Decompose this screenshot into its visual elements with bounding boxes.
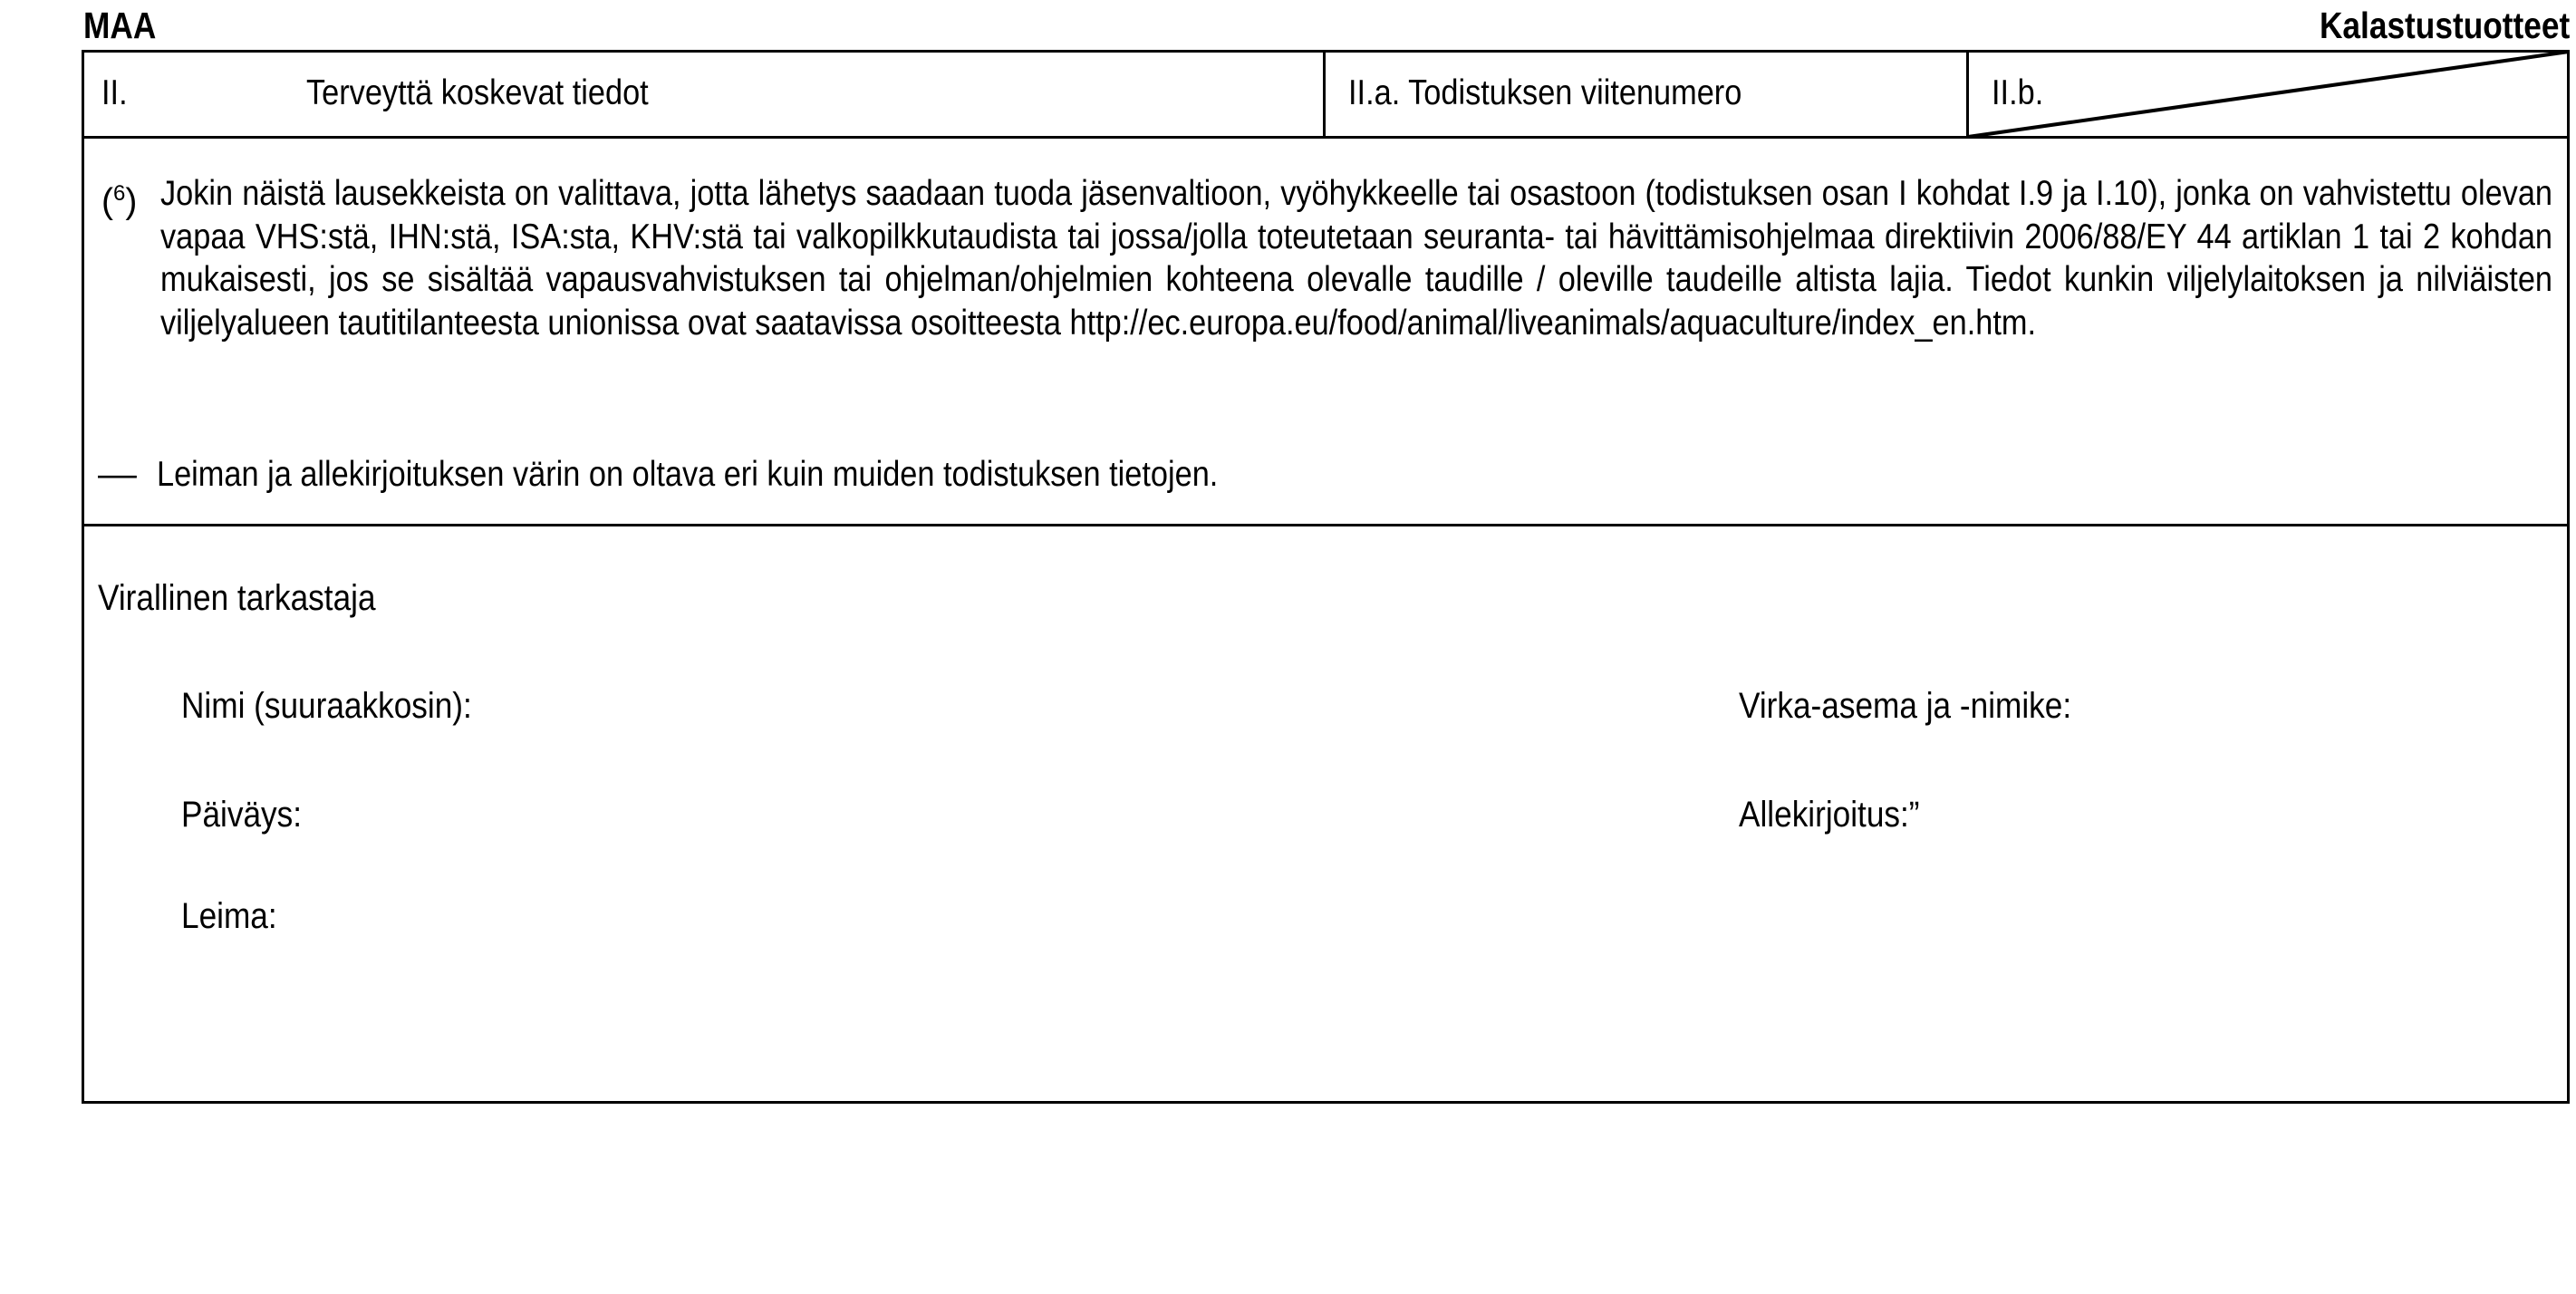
- footnote-marker: (6): [101, 172, 137, 224]
- category-heading: Kalastustuotteet: [2320, 4, 2570, 47]
- reference-number-label: II.a. Todistuksen viitenumero: [1348, 72, 1741, 114]
- footnote-text: Jokin näistä lausekkeista on valittava, …: [160, 172, 2552, 344]
- stamp-field-label: Leima:: [181, 895, 290, 937]
- signature-field-label: Allekirjoitus:”: [1739, 794, 1944, 835]
- stamp-color-note-text: Leiman ja allekirjoituksen värin on olta…: [157, 453, 1218, 496]
- official-inspector-heading: Virallinen tarkastaja: [98, 577, 413, 619]
- date-field-label: Päiväys:: [181, 794, 318, 835]
- footnote-number: 6: [113, 181, 125, 206]
- section-title: Terveyttä koskevat tiedot: [306, 72, 649, 114]
- column-divider-ref: [1323, 50, 1326, 138]
- footnote-paragraph: Jokin näistä lausekkeista on valittava, …: [160, 172, 2552, 344]
- country-heading: MAA: [83, 4, 156, 47]
- stamp-color-note: —Leiman ja allekirjoituksen värin on olt…: [98, 453, 1363, 496]
- dash-bullet: —: [98, 453, 163, 496]
- iib-label: II.b.: [1992, 72, 2043, 114]
- header-row-divider: [82, 136, 2570, 139]
- section-number: II.: [101, 72, 128, 114]
- column-divider-iib: [1966, 50, 1969, 138]
- position-field-label: Virka-asema ja -nimike:: [1739, 685, 2117, 727]
- name-field-label: Nimi (suuraakkosin):: [181, 685, 512, 727]
- section-divider: [82, 524, 2570, 526]
